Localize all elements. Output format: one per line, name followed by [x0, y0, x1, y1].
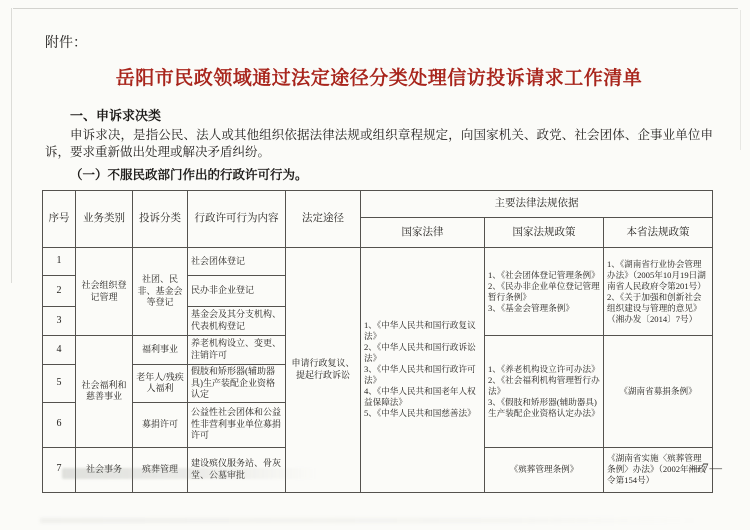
header-provincial-policy: 本省法规政策	[604, 218, 713, 248]
bleed-through-smudge-bottom	[40, 518, 700, 523]
header-route: 法定途径	[286, 191, 361, 248]
cell-provincial-policy-rows1-3: 1、《湖南省行业协会管理办法》（2005年10月19日湖南省人民政府令第201号…	[604, 248, 713, 336]
cell-content-2: 民办非企业登记	[188, 276, 286, 307]
document-content: 附件： 岳阳市民政领域通过法定途径分类处理信访投诉请求工作清单 一、申诉求决类 …	[45, 32, 713, 493]
cell-content-4: 养老机构设立、变更、注销许可	[188, 336, 286, 365]
header-national-policy: 国家法规政策	[485, 218, 604, 248]
subsection-heading: （一）不服民政部门作出的行政许可行为。	[45, 165, 713, 183]
cell-content-5: 假肢和矫形器(辅助器具)生产装配企业资格认定	[188, 365, 286, 403]
cell-national-policy-rows1-3: 1、《社会团体登记管理条例》 2、《民办非企业单位登记管理暂行条例》 3、《基金…	[485, 248, 604, 336]
cell-national-law-all: 1、《中华人民共和国行政复议法》 2、《中华人民共和国行政诉讼法》 3、《中华人…	[361, 248, 485, 493]
cell-complaint-5: 老年人/残疾人福利	[133, 365, 188, 403]
cell-national-policy-7: 《殡葬管理条例》	[485, 447, 604, 492]
cell-seq-5: 5	[43, 365, 76, 403]
cell-content-3: 基金会及其分支机构、代表机构登记	[188, 307, 286, 336]
cell-route-all: 申请行政复议、提起行政诉讼	[286, 248, 361, 493]
header-business: 业务类别	[76, 191, 133, 248]
cell-seq-6: 6	[43, 402, 76, 447]
cell-seq-1: 1	[43, 248, 76, 276]
cell-seq-2: 2	[43, 276, 76, 307]
cell-business-rows1-3: 社会组织登记管理	[76, 248, 133, 336]
intro-paragraph: 申诉求决，是指公民、法人或其他组织依据法律法规或组织章程规定，向国家机关、政党、…	[45, 127, 713, 161]
table-row: 1 社会组织登记管理 社团、民非、基金会等登记 社会团体登记 申请行政复议、提起…	[43, 248, 713, 276]
scan-edge-top	[13, 8, 738, 9]
header-seq: 序号	[43, 191, 76, 248]
cell-national-policy-rows4-6: 1、《养老机构设立许可办法》 2、《社会福利机构管理暂行办法》 3、《假肢和矫形…	[485, 336, 604, 448]
attachment-label: 附件：	[45, 32, 713, 52]
scan-edge-right	[740, 10, 741, 150]
scanned-document-page: 附件： 岳阳市民政领域通过法定途径分类处理信访投诉请求工作清单 一、申诉求决类 …	[0, 0, 750, 530]
bleed-through-smudge	[62, 468, 317, 479]
header-complaint: 投诉分类	[133, 191, 188, 248]
work-list-table: 序号 业务类别 投诉分类 行政许可行为内容 法定途径 主要法律法规依据 国家法律…	[42, 190, 713, 493]
scan-edge-left	[11, 8, 12, 283]
document-title: 岳阳市民政领域通过法定途径分类处理信访投诉请求工作清单	[45, 63, 713, 90]
cell-content-1: 社会团体登记	[188, 248, 286, 276]
cell-seq-4: 4	[43, 336, 76, 365]
header-national-law: 国家法律	[361, 218, 485, 248]
cell-content-6: 公益性社会团体和公益性非营利事业单位募捐许可	[188, 402, 286, 447]
cell-complaint-rows1-3: 社团、民非、基金会等登记	[133, 248, 188, 336]
cell-seq-3: 3	[43, 307, 76, 336]
header-basis: 主要法律法规依据	[361, 191, 713, 218]
page-number: —7—	[689, 461, 723, 476]
cell-provincial-policy-rows4-6: 《湖南省募捐条例》	[604, 336, 713, 448]
cell-business-rows4-6: 社会福利和慈善事业	[76, 336, 133, 448]
header-content: 行政许可行为内容	[188, 191, 286, 248]
cell-complaint-6: 募捐许可	[133, 402, 188, 447]
section-heading: 一、申诉求决类	[45, 105, 713, 124]
cell-complaint-4: 福利事业	[133, 336, 188, 365]
